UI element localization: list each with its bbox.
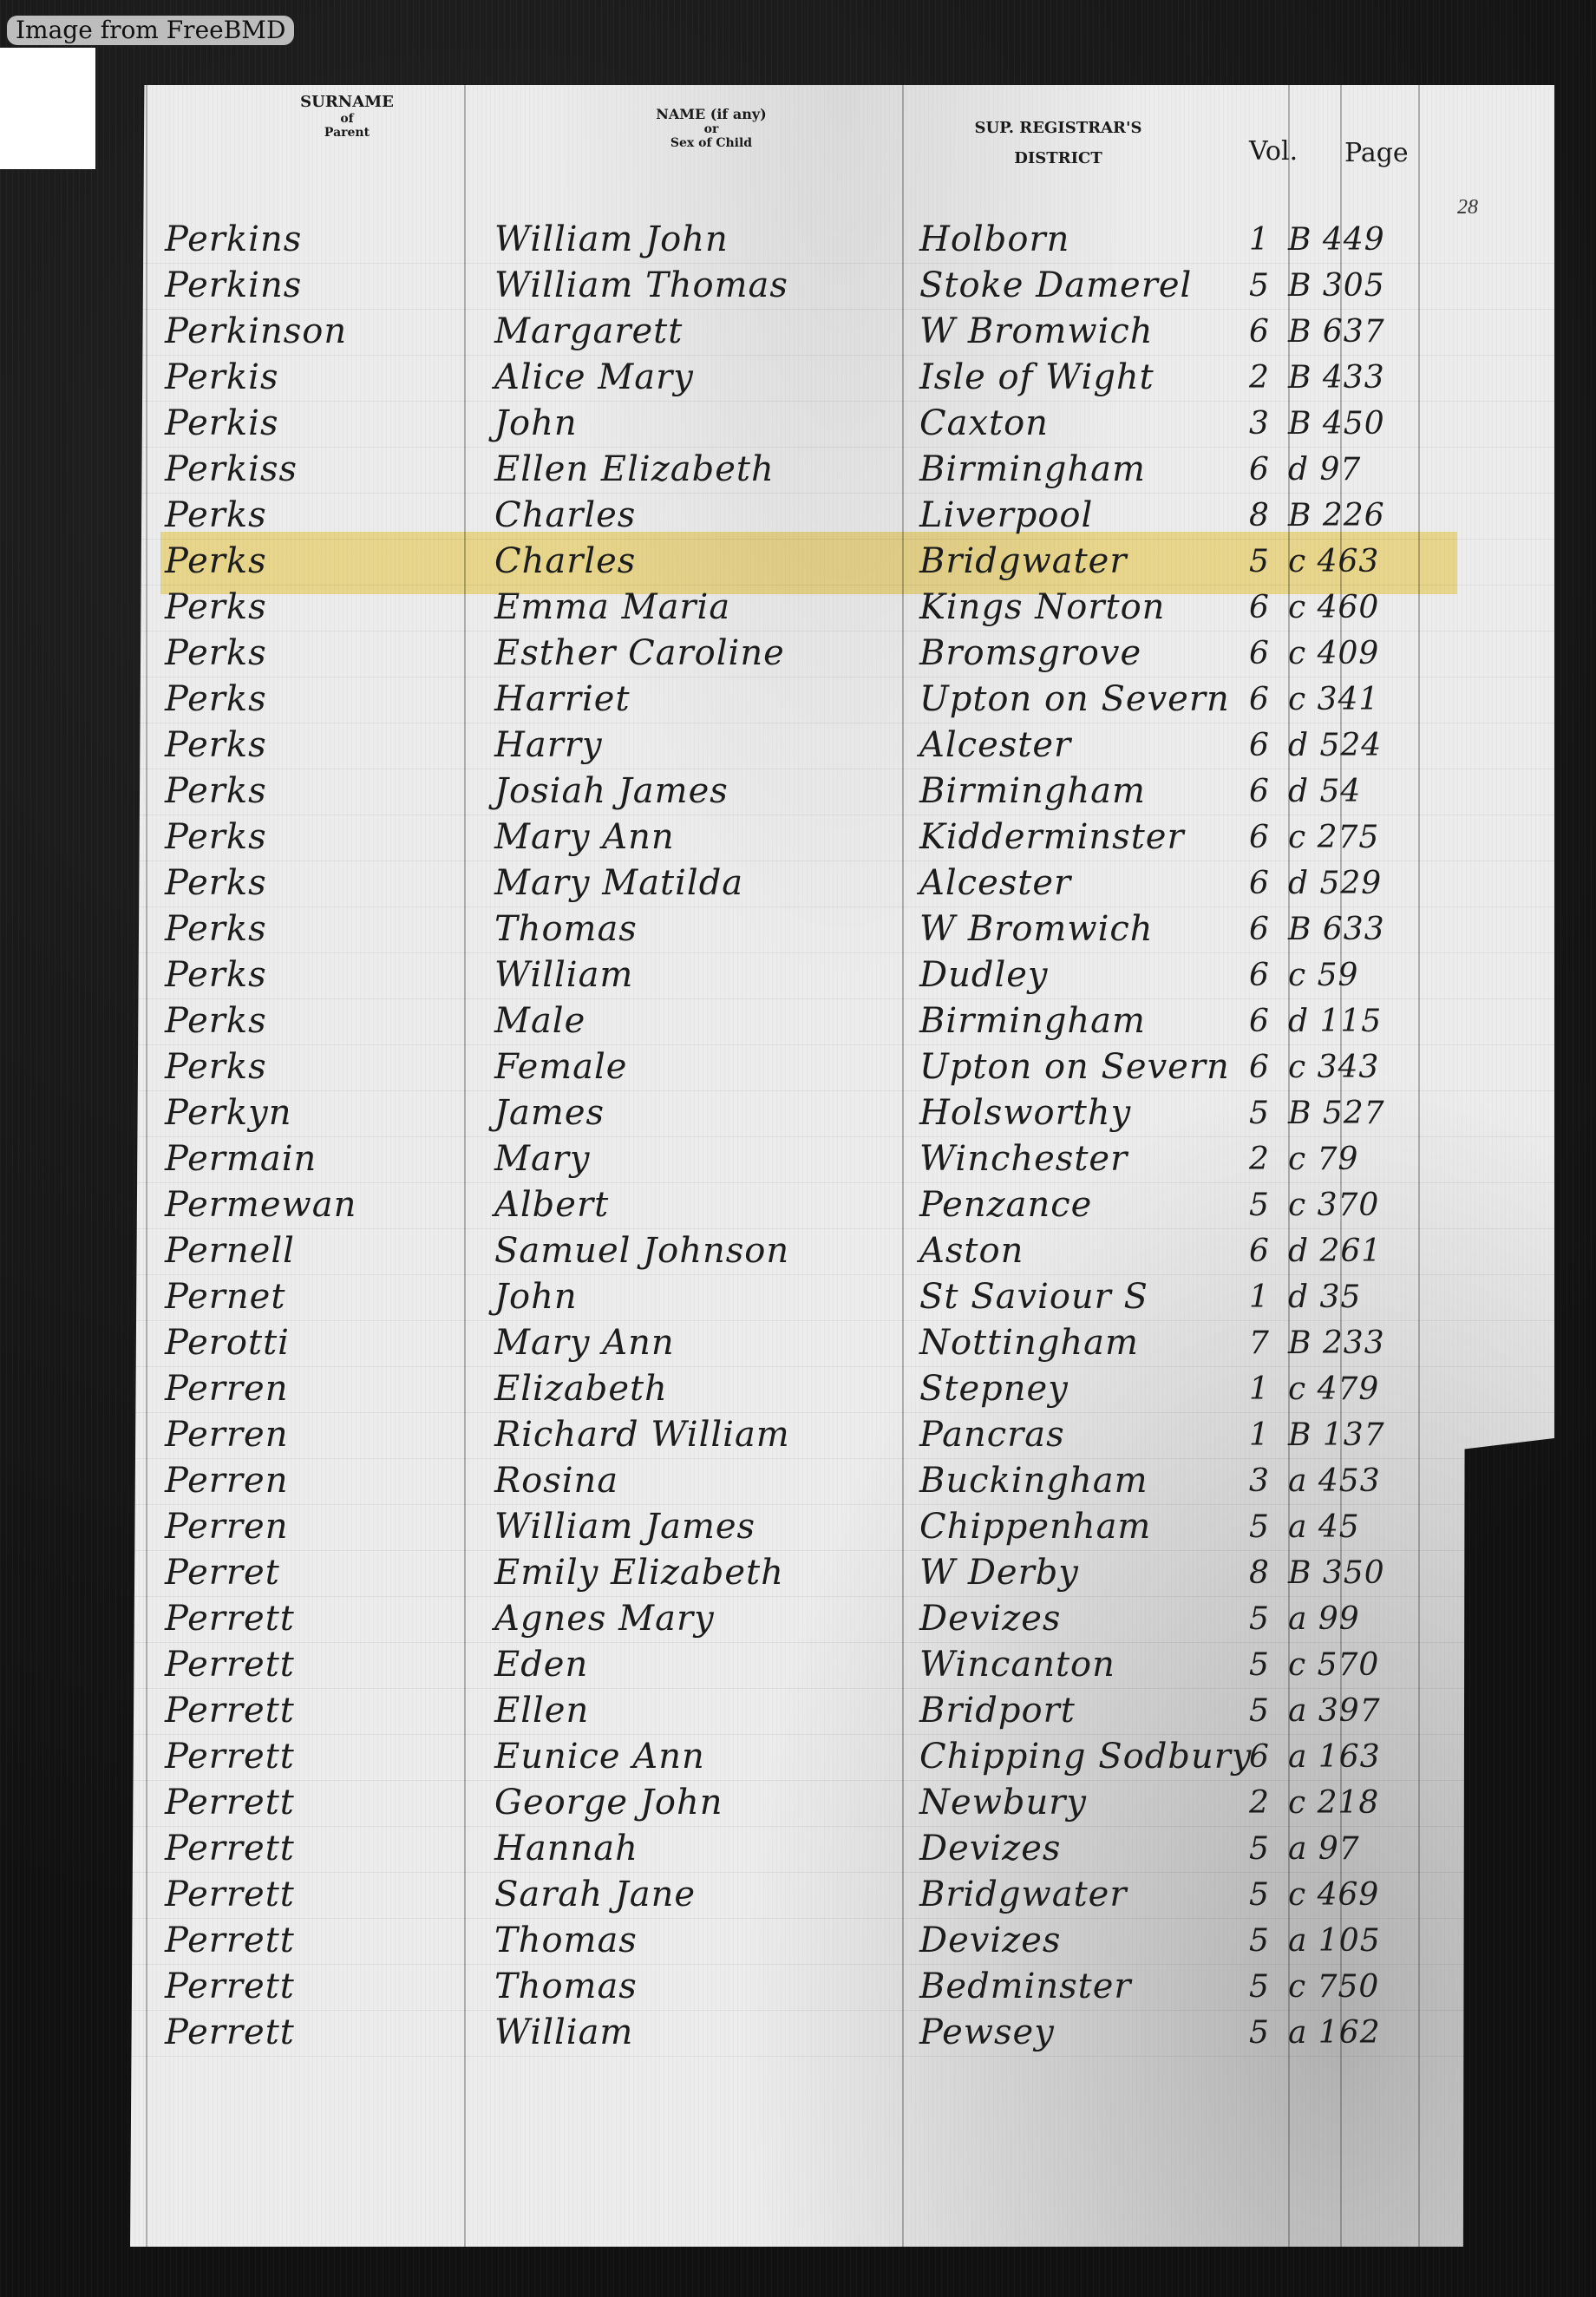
volume-cell: 8 xyxy=(1249,1550,1284,1596)
volume-cell: 6 xyxy=(1249,815,1284,861)
table-row: PerkisAlice MaryIsle of Wight2B 433 xyxy=(130,355,1554,402)
child-name-cell: Agnes Mary xyxy=(494,1596,928,1642)
surname-cell: Perks xyxy=(165,998,460,1044)
volume-cell: 1 xyxy=(1249,217,1284,263)
page-cell: B 226 xyxy=(1288,493,1427,539)
child-name-cell: Charles xyxy=(494,539,928,585)
volume-cell: 5 xyxy=(1249,1642,1284,1688)
surname-cell: Perks xyxy=(165,493,460,539)
child-name-cell: Esther Caroline xyxy=(494,631,928,677)
surname-cell: Perrett xyxy=(165,1872,460,1918)
volume-cell: 5 xyxy=(1249,2010,1284,2056)
volume-cell: 6 xyxy=(1249,1044,1284,1090)
child-name-cell: Margarett xyxy=(494,309,928,355)
surname-cell: Perkiss xyxy=(165,447,460,493)
volume-cell: 5 xyxy=(1249,1596,1284,1642)
page-cell: d 524 xyxy=(1288,723,1427,769)
page-cell: c 409 xyxy=(1288,631,1427,677)
volume-cell: 5 xyxy=(1249,1504,1284,1550)
child-name-cell: William xyxy=(494,952,928,998)
surname-cell: Perkins xyxy=(165,263,460,309)
child-name-cell: Alice Mary xyxy=(494,355,928,401)
page-cell: c 341 xyxy=(1288,677,1427,723)
volume-cell: 5 xyxy=(1249,1964,1284,2010)
table-row: PerkisJohnCaxton3B 450 xyxy=(130,401,1554,448)
child-name-cell: Eden xyxy=(494,1642,928,1688)
table-row: PerrenWilliam JamesChippenham5a 45 xyxy=(130,1504,1554,1551)
child-name-cell: John xyxy=(494,1274,928,1320)
surname-cell: Perren xyxy=(165,1366,460,1412)
table-row: PermewanAlbertPenzance5c 370 xyxy=(130,1182,1554,1229)
table-row: PerretEmily ElizabethW Derby8B 350 xyxy=(130,1550,1554,1597)
volume-cell: 6 xyxy=(1249,998,1284,1044)
volume-cell: 6 xyxy=(1249,309,1284,355)
table-row: PerksJosiah JamesBirmingham6d 54 xyxy=(130,769,1554,815)
surname-cell: Perrett xyxy=(165,1780,460,1826)
page-cell: B 637 xyxy=(1288,309,1427,355)
table-row: PerrettThomasBedminster5c 750 xyxy=(130,1964,1554,2011)
child-name-cell: Richard William xyxy=(494,1412,928,1458)
surname-cell: Perks xyxy=(165,815,460,861)
child-name-cell: Ellen Elizabeth xyxy=(494,447,928,493)
volume-cell: 5 xyxy=(1249,1872,1284,1918)
table-row: PerrenElizabethStepney1c 479 xyxy=(130,1366,1554,1413)
surname-cell: Perkis xyxy=(165,401,460,447)
surname-cell: Permain xyxy=(165,1136,460,1182)
volume-cell: 6 xyxy=(1249,952,1284,998)
volume-cell: 2 xyxy=(1249,355,1284,401)
surname-cell: Perks xyxy=(165,585,460,631)
child-name-cell: Sarah Jane xyxy=(494,1872,928,1918)
table-row: PerkinsWilliam ThomasStoke Damerel5B 305 xyxy=(130,263,1554,310)
page-cell: c 463 xyxy=(1288,539,1427,585)
child-name-cell: Thomas xyxy=(494,1964,928,2010)
child-name-cell: Male xyxy=(494,998,928,1044)
page-cell: B 450 xyxy=(1288,401,1427,447)
page-cell: c 460 xyxy=(1288,585,1427,631)
volume-cell: 2 xyxy=(1249,1780,1284,1826)
table-row: PerrettEdenWincanton5c 570 xyxy=(130,1642,1554,1689)
table-row: PerksEmma MariaKings Norton6c 460 xyxy=(130,585,1554,632)
page-cell: B 137 xyxy=(1288,1412,1427,1458)
page-cell: a 45 xyxy=(1288,1504,1427,1550)
surname-cell: Perkis xyxy=(165,355,460,401)
page-cell: d 97 xyxy=(1288,447,1427,493)
page-cell: c 750 xyxy=(1288,1964,1427,2010)
table-row: PerrettWilliamPewsey5a 162 xyxy=(130,2010,1554,2057)
surname-cell: Perrett xyxy=(165,1964,460,2010)
page-cell: a 99 xyxy=(1288,1596,1427,1642)
child-name-cell: James xyxy=(494,1090,928,1136)
page-cell: B 633 xyxy=(1288,906,1427,952)
child-name-cell: Mary xyxy=(494,1136,928,1182)
child-name-cell: Charles xyxy=(494,493,928,539)
table-row: PerrettEllenBridport5a 397 xyxy=(130,1688,1554,1735)
page-cell: c 479 xyxy=(1288,1366,1427,1412)
child-name-cell: Thomas xyxy=(494,1918,928,1964)
surname-cell: Perkyn xyxy=(165,1090,460,1136)
child-name-cell: William xyxy=(494,2010,928,2056)
surname-cell: Perotti xyxy=(165,1320,460,1366)
header-vol: Vol. xyxy=(1249,137,1298,167)
surname-cell: Perks xyxy=(165,539,460,585)
table-row: PerkissEllen ElizabethBirmingham6d 97 xyxy=(130,447,1554,494)
register-page: SURNAME of Parent NAME (if any) or Sex o… xyxy=(130,85,1554,2247)
page-cell: d 35 xyxy=(1288,1274,1427,1320)
page-cell: d 115 xyxy=(1288,998,1427,1044)
surname-cell: Pernell xyxy=(165,1228,460,1274)
surname-cell: Perrett xyxy=(165,1918,460,1964)
page-cell: c 570 xyxy=(1288,1642,1427,1688)
page-cell: c 218 xyxy=(1288,1780,1427,1826)
child-name-cell: William James xyxy=(494,1504,928,1550)
surname-cell: Perks xyxy=(165,677,460,723)
volume-cell: 8 xyxy=(1249,493,1284,539)
child-name-cell: William John xyxy=(494,217,928,263)
table-row: PernetJohnSt Saviour S1d 35 xyxy=(130,1274,1554,1321)
surname-cell: Perrett xyxy=(165,2010,460,2056)
child-name-cell: Albert xyxy=(494,1182,928,1228)
surname-cell: Perrett xyxy=(165,1688,460,1734)
volume-cell: 6 xyxy=(1249,447,1284,493)
table-row: PerottiMary AnnNottingham7B 233 xyxy=(130,1320,1554,1367)
volume-cell: 6 xyxy=(1249,723,1284,769)
page-number: 28 xyxy=(1457,196,1478,219)
page-cell: c 343 xyxy=(1288,1044,1427,1090)
page-cell: B 527 xyxy=(1288,1090,1427,1136)
volume-cell: 5 xyxy=(1249,539,1284,585)
surname-cell: Perks xyxy=(165,723,460,769)
surname-cell: Perren xyxy=(165,1458,460,1504)
surname-cell: Perret xyxy=(165,1550,460,1596)
page-cell: d 54 xyxy=(1288,769,1427,815)
table-row: PerksFemaleUpton on Severn6c 343 xyxy=(130,1044,1554,1091)
surname-cell: Perren xyxy=(165,1412,460,1458)
page-cell: a 453 xyxy=(1288,1458,1427,1504)
table-row: PerrenRichard WilliamPancras1B 137 xyxy=(130,1412,1554,1459)
page-cell: B 350 xyxy=(1288,1550,1427,1596)
page-cell: B 449 xyxy=(1288,217,1427,263)
volume-cell: 6 xyxy=(1249,906,1284,952)
surname-cell: Pernet xyxy=(165,1274,460,1320)
header-surname: SURNAME of Parent xyxy=(269,94,425,140)
table-row: PerrettAgnes MaryDevizes5a 99 xyxy=(130,1596,1554,1643)
table-row: PerksHarryAlcester6d 524 xyxy=(130,723,1554,769)
page-cell: d 529 xyxy=(1288,861,1427,906)
table-row: PerkynJamesHolsworthy5B 527 xyxy=(130,1090,1554,1137)
volume-cell: 5 xyxy=(1249,1688,1284,1734)
table-row: PerksEsther CarolineBromsgrove6c 409 xyxy=(130,631,1554,677)
header-name: NAME (if any) or Sex of Child xyxy=(616,107,807,151)
page-cell: a 105 xyxy=(1288,1918,1427,1964)
volume-cell: 7 xyxy=(1249,1320,1284,1366)
surname-cell: Perrett xyxy=(165,1596,460,1642)
table-row: PerksMary MatildaAlcester6d 529 xyxy=(130,861,1554,907)
page-cell: c 275 xyxy=(1288,815,1427,861)
page-cell: B 305 xyxy=(1288,263,1427,309)
page-cell: B 433 xyxy=(1288,355,1427,401)
child-name-cell: Mary Ann xyxy=(494,815,928,861)
volume-cell: 1 xyxy=(1249,1366,1284,1412)
surname-cell: Perrett xyxy=(165,1642,460,1688)
surname-cell: Permewan xyxy=(165,1182,460,1228)
child-name-cell: Female xyxy=(494,1044,928,1090)
surname-cell: Perkinson xyxy=(165,309,460,355)
volume-cell: 3 xyxy=(1249,401,1284,447)
volume-cell: 6 xyxy=(1249,631,1284,677)
table-row: PerkinsonMargarettW Bromwich6B 637 xyxy=(130,309,1554,356)
page-cell: a 163 xyxy=(1288,1734,1427,1780)
child-name-cell: Hannah xyxy=(494,1826,928,1872)
volume-cell: 5 xyxy=(1249,1182,1284,1228)
child-name-cell: Mary Ann xyxy=(494,1320,928,1366)
table-row: PerksWilliamDudley6c 59 xyxy=(130,952,1554,999)
child-name-cell: Samuel Johnson xyxy=(494,1228,928,1274)
volume-cell: 5 xyxy=(1249,1090,1284,1136)
page-cell: a 397 xyxy=(1288,1688,1427,1734)
volume-cell: 3 xyxy=(1249,1458,1284,1504)
child-name-cell: Rosina xyxy=(494,1458,928,1504)
child-name-cell: Eunice Ann xyxy=(494,1734,928,1780)
volume-cell: 6 xyxy=(1249,1734,1284,1780)
table-row: PerrettGeorge JohnNewbury2c 218 xyxy=(130,1780,1554,1827)
table-row: PerksCharlesBridgwater5c 463 xyxy=(130,539,1554,586)
volume-cell: 5 xyxy=(1249,1918,1284,1964)
child-name-cell: Harriet xyxy=(494,677,928,723)
table-row: PerrenRosinaBuckingham3a 453 xyxy=(130,1458,1554,1505)
child-name-cell: Elizabeth xyxy=(494,1366,928,1412)
surname-cell: Perkins xyxy=(165,217,460,263)
child-name-cell: Ellen xyxy=(494,1688,928,1734)
table-row: PerksHarrietUpton on Severn6c 341 xyxy=(130,677,1554,723)
page-cell: c 79 xyxy=(1288,1136,1427,1182)
volume-cell: 1 xyxy=(1249,1274,1284,1320)
volume-cell: 6 xyxy=(1249,861,1284,906)
surname-cell: Perks xyxy=(165,906,460,952)
surname-cell: Perks xyxy=(165,1044,460,1090)
table-row: PerrettSarah JaneBridgwater5c 469 xyxy=(130,1872,1554,1919)
table-row: PerrettThomasDevizes5a 105 xyxy=(130,1918,1554,1965)
child-name-cell: George John xyxy=(494,1780,928,1826)
child-name-cell: Thomas xyxy=(494,906,928,952)
page-cell: c 59 xyxy=(1288,952,1427,998)
surname-cell: Perrett xyxy=(165,1826,460,1872)
surname-cell: Perks xyxy=(165,861,460,906)
page-cell: c 469 xyxy=(1288,1872,1427,1918)
child-name-cell: Emily Elizabeth xyxy=(494,1550,928,1596)
surname-cell: Perren xyxy=(165,1504,460,1550)
page-cell: B 233 xyxy=(1288,1320,1427,1366)
volume-cell: 2 xyxy=(1249,1136,1284,1182)
table-row: PernellSamuel JohnsonAston6d 261 xyxy=(130,1228,1554,1275)
header-district: SUP. REGISTRAR'S DISTRICT xyxy=(945,120,1171,167)
table-row: PerksThomasW Bromwich6B 633 xyxy=(130,906,1554,953)
table-row: PerksMary AnnKidderminster6c 275 xyxy=(130,815,1554,861)
table-row: PerksMaleBirmingham6d 115 xyxy=(130,998,1554,1045)
source-label: Image from FreeBMD xyxy=(7,16,294,45)
child-name-cell: Harry xyxy=(494,723,928,769)
child-name-cell: Josiah James xyxy=(494,769,928,815)
page-cell: c 370 xyxy=(1288,1182,1427,1228)
table-row: PerrettHannahDevizes5a 97 xyxy=(130,1826,1554,1873)
child-name-cell: Emma Maria xyxy=(494,585,928,631)
volume-cell: 1 xyxy=(1249,1412,1284,1458)
volume-cell: 6 xyxy=(1249,677,1284,723)
page-cell: a 162 xyxy=(1288,2010,1427,2056)
table-row: PerrettEunice AnnChipping Sodbury6a 163 xyxy=(130,1734,1554,1781)
table-row: PerksCharlesLiverpool8B 226 xyxy=(130,493,1554,540)
surname-cell: Perks xyxy=(165,769,460,815)
table-row: PermainMaryWinchester2c 79 xyxy=(130,1136,1554,1183)
surname-cell: Perks xyxy=(165,952,460,998)
surname-cell: Perrett xyxy=(165,1734,460,1780)
volume-cell: 6 xyxy=(1249,769,1284,815)
table-row: PerkinsWilliam JohnHolborn1B 449 xyxy=(130,217,1554,264)
surname-cell: Perks xyxy=(165,631,460,677)
page-cell: a 97 xyxy=(1288,1826,1427,1872)
blank-panel xyxy=(0,48,95,169)
child-name-cell: William Thomas xyxy=(494,263,928,309)
page-cell: d 261 xyxy=(1288,1228,1427,1274)
child-name-cell: Mary Matilda xyxy=(494,861,928,906)
volume-cell: 5 xyxy=(1249,1826,1284,1872)
child-name-cell: John xyxy=(494,401,928,447)
volume-cell: 6 xyxy=(1249,1228,1284,1274)
volume-cell: 5 xyxy=(1249,263,1284,309)
header-page: Page xyxy=(1344,139,1409,169)
volume-cell: 6 xyxy=(1249,585,1284,631)
